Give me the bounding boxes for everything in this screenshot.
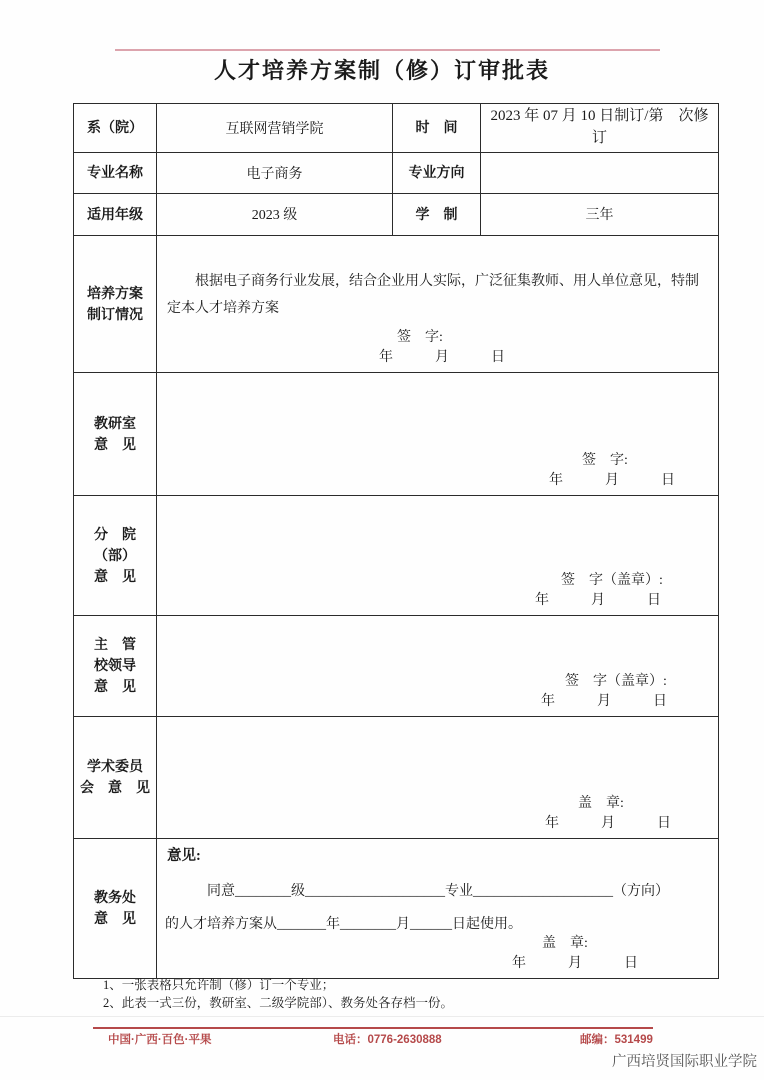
section-content-branch-college-opinion: 签 字（盖章）: 年 月 日 bbox=[157, 495, 719, 615]
field-label-grade: 适用年级 bbox=[74, 193, 157, 235]
field-label-schooling-years: 学 制 bbox=[393, 193, 481, 235]
section-label-plan-formulation: 培养方案 制订情况 bbox=[74, 235, 157, 372]
date-label: 年 月 日 bbox=[157, 814, 718, 834]
table-row: 学术委员 会 意 见 盖 章: 年 月 日 bbox=[74, 716, 719, 838]
plan-formulation-text: 根据电子商务行业发展，结合企业用人实际，广泛征集教师、用人单位意见，特制定本人才… bbox=[167, 268, 702, 323]
note-line-2: 2、此表一式三份，教研室、二级学院部）、教务处各存档一份。 bbox=[103, 995, 453, 1013]
field-value-major-name: 电子商务 bbox=[157, 152, 393, 193]
opinion-label: 意见: bbox=[167, 844, 718, 865]
date-label: 年 月 日 bbox=[157, 591, 718, 611]
footer-location: 中国·广西·百色·平果 bbox=[108, 1031, 212, 1047]
title-divider-line bbox=[115, 49, 660, 51]
college-name: 广西培贤国际职业学院 bbox=[612, 1050, 757, 1071]
footer-divider-line bbox=[93, 1027, 653, 1029]
section-content-teaching-office-opinion: 签 字: 年 月 日 bbox=[157, 372, 719, 495]
date-label: 年 月 日 bbox=[157, 692, 718, 712]
form-notes: 1、一张表格只允许制（修）订一个专业； 2、此表一式三份，教研室、二级学院部）、… bbox=[103, 977, 453, 1012]
section-content-academic-committee-opinion: 盖 章: 年 月 日 bbox=[157, 716, 719, 838]
seal-label: 盖 章: bbox=[157, 934, 718, 954]
seal-label: 盖 章: bbox=[157, 794, 718, 814]
section-label-branch-college-opinion: 分 院 （部） 意 见 bbox=[74, 495, 157, 615]
signature-block: 签 字: 年 月 日 bbox=[157, 451, 718, 491]
date-label: 年 月 日 bbox=[157, 348, 718, 368]
approval-form-table: 系（院） 互联网营销学院 时 间 2023 年 07 月 10 日制订/第 次修… bbox=[73, 103, 719, 979]
table-row: 系（院） 互联网营销学院 时 间 2023 年 07 月 10 日制订/第 次修… bbox=[74, 104, 719, 153]
table-row: 培养方案 制订情况 根据电子商务行业发展，结合企业用人实际，广泛征集教师、用人单… bbox=[74, 235, 719, 372]
section-label-teaching-office-opinion: 教研室 意 见 bbox=[74, 372, 157, 495]
signature-block: 盖 章: 年 月 日 bbox=[157, 934, 718, 974]
field-label-department: 系（院） bbox=[74, 104, 157, 153]
section-label-academic-affairs-opinion: 教务处 意 见 bbox=[74, 838, 157, 978]
section-label-academic-committee-opinion: 学术委员 会 意 见 bbox=[74, 716, 157, 838]
signature-seal-label: 签 字（盖章）: bbox=[157, 672, 718, 692]
footer-phone: 电话：0776-2630888 bbox=[333, 1031, 442, 1047]
field-label-major-name: 专业名称 bbox=[74, 152, 157, 193]
table-row: 分 院 （部） 意 见 签 字（盖章）: 年 月 日 bbox=[74, 495, 719, 615]
field-label-time: 时 间 bbox=[393, 104, 481, 153]
field-label-major-direction: 专业方向 bbox=[393, 152, 481, 193]
signature-label: 签 字: bbox=[157, 451, 718, 471]
fill-in-blank-line-1: 同意________级____________________专业_______… bbox=[207, 882, 708, 902]
section-content-academic-affairs-opinion: 意见: 同意________级____________________专业___… bbox=[157, 838, 719, 978]
page-title: 人才培养方案制（修）订审批表 bbox=[0, 54, 764, 85]
footer-zip: 邮编：531499 bbox=[580, 1031, 653, 1047]
table-row: 适用年级 2023 级 学 制 三年 bbox=[74, 193, 719, 235]
document-page: 人才培养方案制（修）订审批表 系（院） 互联网营销学院 时 间 2023 年 0… bbox=[0, 0, 764, 1080]
field-value-time: 2023 年 07 月 10 日制订/第 次修订 bbox=[481, 104, 719, 153]
signature-block: 签 字（盖章）: 年 月 日 bbox=[157, 571, 718, 611]
section-label-school-leader-opinion: 主 管 校领导 意 见 bbox=[74, 615, 157, 716]
section-content-plan-formulation: 根据电子商务行业发展，结合企业用人实际，广泛征集教师、用人单位意见，特制定本人才… bbox=[157, 235, 719, 372]
table-row: 教务处 意 见 意见: 同意________级_________________… bbox=[74, 838, 719, 978]
field-value-major-direction bbox=[481, 152, 719, 193]
signature-label: 签 字: bbox=[157, 328, 718, 348]
fill-in-blank-line-2: 的人才培养方案从_______年________月______日起使用。 bbox=[165, 915, 708, 935]
signature-block: 盖 章: 年 月 日 bbox=[157, 794, 718, 834]
table-row: 专业名称 电子商务 专业方向 bbox=[74, 152, 719, 193]
signature-block: 签 字（盖章）: 年 月 日 bbox=[157, 672, 718, 712]
table-row: 教研室 意 见 签 字: 年 月 日 bbox=[74, 372, 719, 495]
signature-seal-label: 签 字（盖章）: bbox=[157, 571, 718, 591]
date-label: 年 月 日 bbox=[157, 471, 718, 491]
field-value-schooling-years: 三年 bbox=[481, 193, 719, 235]
signature-block: 签 字: 年 月 日 bbox=[157, 328, 718, 368]
date-label: 年 月 日 bbox=[157, 954, 718, 974]
field-value-department: 互联网营销学院 bbox=[157, 104, 393, 153]
page-edge-line bbox=[0, 1016, 764, 1017]
section-content-school-leader-opinion: 签 字（盖章）: 年 月 日 bbox=[157, 615, 719, 716]
note-line-1: 1、一张表格只允许制（修）订一个专业； bbox=[103, 977, 453, 995]
table-row: 主 管 校领导 意 见 签 字（盖章）: 年 月 日 bbox=[74, 615, 719, 716]
field-value-grade: 2023 级 bbox=[157, 193, 393, 235]
